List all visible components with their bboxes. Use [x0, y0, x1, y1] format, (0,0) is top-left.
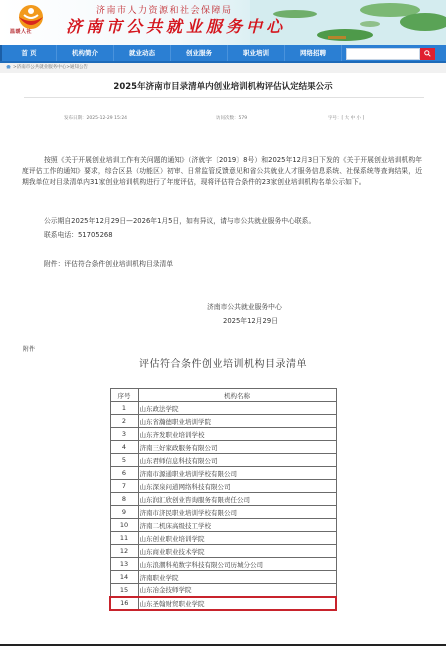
- table-row: 6济南市源通职业培训学校有限公司: [110, 467, 336, 480]
- nav-item-home[interactable]: 首 页: [0, 45, 57, 61]
- nav-item-training[interactable]: 职业培训: [228, 45, 285, 61]
- row-number: 15: [110, 584, 138, 597]
- institution-name: 山东深泉问道网络科技有限公司: [138, 480, 336, 493]
- row-number: 14: [110, 571, 138, 584]
- institution-name: 济南三好家政服务有限公司: [138, 441, 336, 454]
- column-header-name: 机构名称: [138, 389, 336, 402]
- row-number: 2: [110, 415, 138, 428]
- row-number: 1: [110, 402, 138, 415]
- nav-item-entrepreneurship[interactable]: 创业服务: [171, 45, 228, 61]
- table-row: 1山东政法学院: [110, 402, 336, 415]
- home-icon[interactable]: [6, 65, 11, 69]
- search-button[interactable]: [420, 48, 435, 60]
- institution-table: 序号 机构名称 1山东政法学院 2山东省瀚德职业培训学院 3山东齐发职业培训学校…: [109, 388, 337, 611]
- logo-icon: [8, 3, 54, 43]
- table-row: 15山东冶金技师学院: [110, 584, 336, 597]
- institution-name: 山东君师信息科技有限公司: [138, 454, 336, 467]
- institution-name: 山东商业职业技术学院: [138, 545, 336, 558]
- row-number: 3: [110, 428, 138, 441]
- table-row: 8山东润汇欣创业咨询服务有限责任公司: [110, 493, 336, 506]
- institution-name: 济南二机床高级技工学校: [138, 519, 336, 532]
- table-row: 4济南三好家政服务有限公司: [110, 441, 336, 454]
- table-row: 11山东创业职业培训学院: [110, 532, 336, 545]
- header-banner: 温暖人社 济南市人力资源和社会保障局 济南市公共就业服务中心: [0, 0, 446, 45]
- breadcrumb-path[interactable]: >济南市公共就业服务中心>通知公告: [13, 65, 88, 70]
- table-header-row: 序号 机构名称: [110, 389, 336, 402]
- table-row: 3山东齐发职业培训学校: [110, 428, 336, 441]
- row-number: 16: [110, 597, 138, 610]
- table-row-highlighted: 16山东圣翰财贸职业学院: [110, 597, 336, 610]
- table-row: 5山东君师信息科技有限公司: [110, 454, 336, 467]
- signature-date: 2025年12月29日: [223, 315, 278, 325]
- table-row: 7山东深泉问道网络科技有限公司: [110, 480, 336, 493]
- institution-name: 济南职业学院: [138, 571, 336, 584]
- row-number: 8: [110, 493, 138, 506]
- institution-name: 山东政法学院: [138, 402, 336, 415]
- article-paragraph-1: 按照《关于开展创业培训工作有关问题的通知》（济就字〔2019〕8号）和2025年…: [22, 155, 422, 189]
- row-number: 13: [110, 558, 138, 571]
- title-divider: [24, 97, 424, 98]
- publish-date: 发布日期：2025-12-29 15:24: [64, 115, 127, 121]
- appendix-title: 评估符合条件创业培训机构目录清单: [0, 355, 446, 370]
- font-size-switcher[interactable]: 字号：[ 大 中 小 ]: [328, 115, 364, 121]
- row-number: 6: [110, 467, 138, 480]
- search-icon: [424, 50, 431, 57]
- institution-name: 济南市源通职业培训学校有限公司: [138, 467, 336, 480]
- org-title: 济南市公共就业服务中心: [66, 14, 286, 37]
- table-row: 12山东商业职业技术学院: [110, 545, 336, 558]
- nav-item-about[interactable]: 机构简介: [57, 45, 114, 61]
- institution-name: 山东创业职业培训学院: [138, 532, 336, 545]
- nav-item-online-recruitment[interactable]: 网络招聘: [285, 45, 342, 61]
- column-header-no: 序号: [110, 389, 138, 402]
- breadcrumb: >济南市公共就业服务中心>通知公告: [0, 63, 446, 73]
- contact-phone: 联系电话：51705268: [44, 229, 113, 239]
- institution-name: 山东圣翰财贸职业学院: [138, 597, 336, 610]
- table-row: 2山东省瀚德职业培训学院: [110, 415, 336, 428]
- table-row: 14济南职业学院: [110, 571, 336, 584]
- article-title: 2025年济南市目录清单内创业培训机构评估认定结果公示: [0, 80, 446, 92]
- row-number: 12: [110, 545, 138, 558]
- nav-item-employment-news[interactable]: 就业动态: [114, 45, 171, 61]
- appendix-label: 附件: [23, 344, 35, 353]
- institution-name: 山东齐发职业培训学校: [138, 428, 336, 441]
- institution-name: 山东润汇欣创业咨询服务有限责任公司: [138, 493, 336, 506]
- main-nav: 首 页 机构简介 就业动态 创业服务 职业培训 网络招聘: [0, 45, 446, 63]
- row-number: 10: [110, 519, 138, 532]
- row-number: 7: [110, 480, 138, 493]
- signature-org: 济南市公共就业服务中心: [207, 301, 282, 311]
- institution-name: 济南市济民职业培训学校有限公司: [138, 506, 336, 519]
- table-row: 9济南市济民职业培训学校有限公司: [110, 506, 336, 519]
- institution-name: 山东省瀚德职业培训学院: [138, 415, 336, 428]
- visit-count: 访问次数：579: [216, 115, 247, 121]
- row-number: 4: [110, 441, 138, 454]
- row-number: 11: [110, 532, 138, 545]
- row-number: 9: [110, 506, 138, 519]
- table-row: 13山东浪潮科苑数字科技有限公司历城分公司: [110, 558, 336, 571]
- article-paragraph-2: 公示期自2025年12月29日—2026年1月5日，如有异议，请与市公共就业服务…: [44, 215, 315, 225]
- table-row: 10济南二机床高级技工学校: [110, 519, 336, 532]
- institution-name: 山东冶金技师学院: [138, 584, 336, 597]
- row-number: 5: [110, 454, 138, 467]
- attachment-link[interactable]: 附件：评估符合条件创业培训机构目录清单: [44, 258, 173, 268]
- institution-name: 山东浪潮科苑数字科技有限公司历城分公司: [138, 558, 336, 571]
- logo-caption: 温暖人社: [10, 28, 32, 35]
- search-input[interactable]: [346, 48, 420, 60]
